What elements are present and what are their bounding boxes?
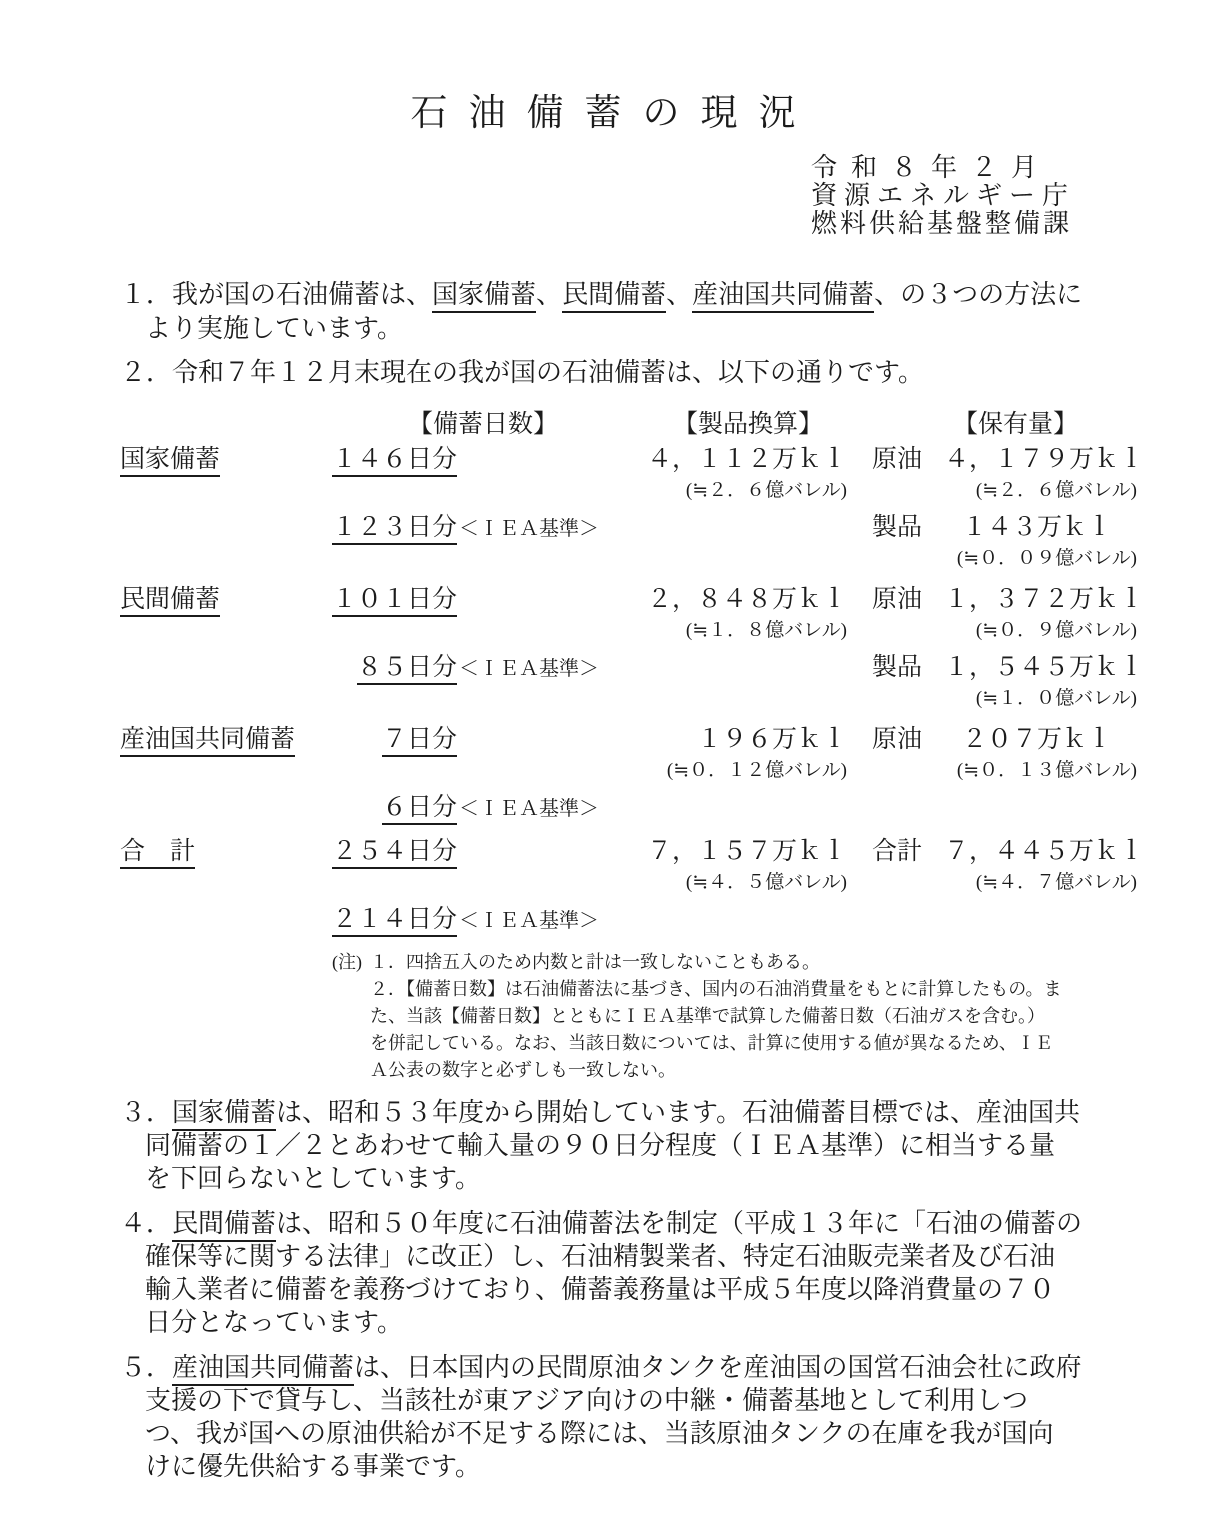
iea-days-cell: ６日分: [330, 793, 457, 823]
section-line: ５．産油国共同備蓄は、日本国内の民間原油タンクを産油国の国営石油会社に政府: [120, 1351, 1130, 1384]
paragraph-item-2: ２．令和７年１２月末現在の我が国の石油備蓄は、以下の通りです。: [120, 356, 1110, 390]
row-label: 民間備蓄: [120, 585, 330, 615]
product-value: ４，１１２万ｋｌ: [587, 445, 847, 475]
column-header-days: 【備蓄日数】: [408, 404, 558, 440]
days-value: ２５４日分: [332, 838, 457, 869]
paragraph-item-1: １．我が国の石油備蓄は、国家備蓄、民間備蓄、産油国共同備蓄、の３つの方法に より…: [120, 278, 1110, 346]
stockpile-block-joint: 産油国共同備蓄 ７日分 １９６万ｋｌ 原油 ２０７万ｋｌ (≒０．１２億バレル)…: [0, 725, 1206, 827]
table-row-iea: ６日分 ＜ＩＥＡ基準＞: [120, 793, 1206, 827]
term-private-stockpile: 民間備蓄: [562, 280, 666, 313]
term-national-stockpile: 国家備蓄: [432, 280, 536, 313]
section-line: ４．民間備蓄は、昭和５０年度に石油備蓄法を制定（平成１３年に「石油の備蓄の: [120, 1207, 1130, 1240]
note-prefix: (注): [332, 949, 362, 976]
holding-barrel-note-2: (≒１．０億バレル): [872, 687, 1137, 711]
page-title: 石油備蓄の現況: [0, 0, 1206, 134]
term-joint-stockpile: 産油国共同備蓄: [692, 280, 874, 313]
header-meta: 令和８年２月 資源エネルギー庁 燃料供給基盤整備課: [811, 154, 1206, 238]
stockpile-block-private: 民間備蓄 １０１日分 ２，８４８万ｋｌ 原油 １，３７２万ｋｌ (≒１．８億バレ…: [0, 585, 1206, 715]
table-row-note: (≒２．６億バレル) (≒２．６億バレル): [120, 479, 1206, 507]
section-line: 日分となっています。: [145, 1306, 1130, 1339]
table-row-note: (≒１．８億バレル) (≒０．９億バレル): [120, 619, 1206, 647]
holding-label: 合計: [872, 837, 944, 867]
product-barrel-note: (≒４．５億バレル): [587, 871, 847, 895]
term-joint-stockpile: 産油国共同備蓄: [172, 1353, 354, 1386]
iea-days-cell: ２１４日分: [330, 905, 457, 935]
days-cell: １０１日分: [330, 585, 457, 615]
section-line: 輸入業者に備蓄を義務づけており、備蓄義務量は平成５年度以降消費量の７０: [145, 1273, 1130, 1306]
table-row-main: 国家備蓄 １４６日分 ４，１１２万ｋｌ 原油 ４，１７９万ｋｌ: [120, 445, 1206, 479]
stockpile-block-national: 国家備蓄 １４６日分 ４，１１２万ｋｌ 原油 ４，１７９万ｋｌ (≒２．６億バレ…: [0, 445, 1206, 575]
table-row-iea: ２１４日分 ＜ＩＥＡ基準＞: [120, 905, 1206, 939]
section-3-national-stockpile: ３．国家備蓄は、昭和５３年度から開始しています。石油備蓄目標では、産油国共 同備…: [120, 1096, 1130, 1195]
row-label: 産油国共同備蓄: [120, 725, 330, 755]
holding-barrel-note-2: (≒０．０９億バレル): [872, 547, 1137, 571]
holding-barrel-note: (≒２．６億バレル): [872, 479, 1137, 503]
division-name: 燃料供給基盤整備課: [811, 210, 1206, 238]
separator: 、: [666, 280, 692, 309]
section-4-private-stockpile: ４．民間備蓄は、昭和５０年度に石油備蓄法を制定（平成１３年に「石油の備蓄の 確保…: [120, 1207, 1130, 1339]
product-value: １９６万ｋｌ: [587, 725, 847, 755]
table-row-note: (≒１．０億バレル): [120, 687, 1206, 715]
iea-days-cell: １２３日分: [330, 513, 457, 543]
table-row-note: (≒０．０９億バレル): [120, 547, 1206, 575]
holding-barrel-note: (≒０．１３億バレル): [872, 759, 1137, 783]
iea-days-value: ２１４日分: [332, 906, 457, 937]
days-value: １０１日分: [332, 586, 457, 617]
iea-days-value: １２３日分: [332, 514, 457, 545]
iea-days-value: ８５日分: [357, 654, 457, 685]
section-number: ５．: [120, 1353, 172, 1382]
section-line: を下回らないとしています。: [145, 1162, 1130, 1195]
row-label-text: 産油国共同備蓄: [120, 726, 295, 757]
iea-days-cell: ８５日分: [330, 653, 457, 683]
product-barrel-note: (≒２．６億バレル): [587, 479, 847, 503]
holding-value: １，３７２万ｋｌ: [944, 585, 1112, 615]
product-value: ７，１５７万ｋｌ: [587, 837, 847, 867]
holding-value: ４，１７９万ｋｌ: [944, 445, 1112, 475]
days-value: １４６日分: [332, 446, 457, 477]
column-header-holding: 【保有量】: [953, 404, 1078, 440]
days-cell: １４６日分: [330, 445, 457, 475]
footnote-2-line-4: Ａ公表の数字と必ずしも一致しない。: [370, 1057, 1130, 1084]
row-label-text: 合 計: [120, 838, 195, 869]
footnote-2-line-3: を併記している。なお、当該日数については、計算に使用する値が異なるため、ＩＥ: [370, 1030, 1130, 1057]
table-row-main: 産油国共同備蓄 ７日分 １９６万ｋｌ 原油 ２０７万ｋｌ: [120, 725, 1206, 759]
column-header-product: 【製品換算】: [673, 404, 823, 440]
paragraph-line: １．我が国の石油備蓄は、国家備蓄、民間備蓄、産油国共同備蓄、の３つの方法に: [120, 278, 1110, 312]
row-label-text: 民間備蓄: [120, 586, 220, 617]
row-label-text: 国家備蓄: [120, 446, 220, 477]
table-row-main: 民間備蓄 １０１日分 ２，８４８万ｋｌ 原油 １，３７２万ｋｌ: [120, 585, 1206, 619]
paragraph-line: ２．令和７年１２月末現在の我が国の石油備蓄は、以下の通りです。: [120, 356, 1110, 390]
section-text: は、昭和５０年度に石油備蓄法を制定（平成１３年に「石油の備蓄の: [276, 1209, 1082, 1238]
term-national-stockpile: 国家備蓄: [172, 1098, 276, 1131]
holding-value-2: １，５４５万ｋｌ: [944, 653, 1112, 683]
product-value: ２，８４８万ｋｌ: [587, 585, 847, 615]
holding-value-2: １４３万ｋｌ: [944, 513, 1112, 543]
iea-days-value: ６日分: [382, 794, 457, 825]
section-text: は、日本国内の民間原油タンクを産油国の国営石油会社に政府: [354, 1353, 1081, 1382]
days-value: ７日分: [382, 726, 457, 757]
section-number: ４．: [120, 1209, 172, 1238]
section-number: ３．: [120, 1098, 172, 1127]
stockpile-block-total: 合 計 ２５４日分 ７，１５７万ｋｌ 合計 ７，４４５万ｋｌ (≒４．５億バレル…: [0, 837, 1206, 939]
product-barrel-note: (≒１．８億バレル): [587, 619, 847, 643]
footnotes: (注) １．四捨五入のため内数と計は一致しないこともある。 ２．【備蓄日数】は石…: [370, 949, 1130, 1084]
term-private-stockpile: 民間備蓄: [172, 1209, 276, 1242]
section-line: 支援の下で貸与し、当該社が東アジア向けの中継・備蓄基地として利用しつ: [145, 1384, 1130, 1417]
holding-value: ７，４４５万ｋｌ: [944, 837, 1112, 867]
holding-label: 原油: [872, 445, 944, 475]
stockpile-table: 国家備蓄 １４６日分 ４，１１２万ｋｌ 原油 ４，１７９万ｋｌ (≒２．６億バレ…: [0, 445, 1206, 939]
item-text: 令和７年１２月末現在の我が国の石油備蓄は、以下の通りです。: [172, 358, 924, 387]
item-text: 、の３つの方法に: [874, 280, 1082, 309]
agency-name: 資源エネルギー庁: [811, 182, 1206, 210]
product-barrel-note: (≒０．１２億バレル): [587, 759, 847, 783]
section-5-joint-stockpile: ５．産油国共同備蓄は、日本国内の民間原油タンクを産油国の国営石油会社に政府 支援…: [120, 1351, 1130, 1483]
section-line: ３．国家備蓄は、昭和５３年度から開始しています。石油備蓄目標では、産油国共: [120, 1096, 1130, 1129]
days-cell: ７日分: [330, 725, 457, 755]
iea-suffix: ＜ＩＥＡ基準＞: [457, 794, 587, 824]
row-label: 合 計: [120, 837, 330, 867]
item-number: １．: [120, 280, 172, 309]
separator: 、: [536, 280, 562, 309]
item-text: 我が国の石油備蓄は、: [172, 280, 432, 309]
section-line: けに優先供給する事業です。: [145, 1450, 1130, 1483]
table-row-note: (≒４．５億バレル) (≒４．７億バレル): [120, 871, 1206, 899]
holding-barrel-note: (≒０．９億バレル): [872, 619, 1137, 643]
days-cell: ２５４日分: [330, 837, 457, 867]
iea-suffix: ＜ＩＥＡ基準＞: [457, 514, 587, 544]
section-text: は、昭和５３年度から開始しています。石油備蓄目標では、産油国共: [276, 1098, 1080, 1127]
row-label: 国家備蓄: [120, 445, 330, 475]
section-line: 同備蓄の１／２とあわせて輸入量の９０日分程度（ＩＥＡ基準）に相当する量: [145, 1129, 1130, 1162]
footnote-2-line-1: ２．【備蓄日数】は石油備蓄法に基づき、国内の石油消費量をもとに計算したもの。ま: [370, 976, 1130, 1003]
holding-label-2: 製品: [872, 513, 944, 543]
iea-suffix: ＜ＩＥＡ基準＞: [457, 654, 587, 684]
item-number: ２．: [120, 358, 172, 387]
holding-barrel-note: (≒４．７億バレル): [872, 871, 1137, 895]
holding-label: 原油: [872, 585, 944, 615]
document-page: 石油備蓄の現況 令和８年２月 資源エネルギー庁 燃料供給基盤整備課 １．我が国の…: [0, 0, 1206, 1536]
body-sections: ３．国家備蓄は、昭和５３年度から開始しています。石油備蓄目標では、産油国共 同備…: [0, 1096, 1206, 1483]
iea-suffix: ＜ＩＥＡ基準＞: [457, 906, 587, 936]
footnote-2-line-2: た、当該【備蓄日数】とともにＩＥＡ基準で試算した備蓄日数（石油ガスを含む。）: [370, 1003, 1130, 1030]
table-row-main: 合 計 ２５４日分 ７，１５７万ｋｌ 合計 ７，４４５万ｋｌ: [120, 837, 1206, 871]
issue-date: 令和８年２月: [811, 154, 1206, 182]
table-row-iea: １２３日分 ＜ＩＥＡ基準＞ 製品 １４３万ｋｌ: [120, 513, 1206, 547]
holding-label-2: 製品: [872, 653, 944, 683]
section-line: 確保等に関する法律」に改正）し、石油精製業者、特定石油販売業者及び石油: [145, 1240, 1130, 1273]
paragraph-line: より実施しています。: [145, 312, 1110, 346]
table-row-iea: ８５日分 ＜ＩＥＡ基準＞ 製品 １，５４５万ｋｌ: [120, 653, 1206, 687]
table-row-note: (≒０．１２億バレル) (≒０．１３億バレル): [120, 759, 1206, 787]
section-line: つ、我が国への原油供給が不足する際には、当該原油タンクの在庫を我が国向: [145, 1417, 1130, 1450]
holding-value: ２０７万ｋｌ: [944, 725, 1112, 755]
footnote-2-number: ２．: [370, 979, 406, 999]
table-header: 【備蓄日数】 【製品換算】 【保有量】: [120, 404, 1206, 440]
footnote-1: １．四捨五入のため内数と計は一致しないこともある。: [370, 949, 1130, 976]
holding-label: 原油: [872, 725, 944, 755]
footnote-2-text: 【備蓄日数】は石油備蓄法に基づき、国内の石油消費量をもとに計算したもの。ま: [406, 979, 1062, 999]
